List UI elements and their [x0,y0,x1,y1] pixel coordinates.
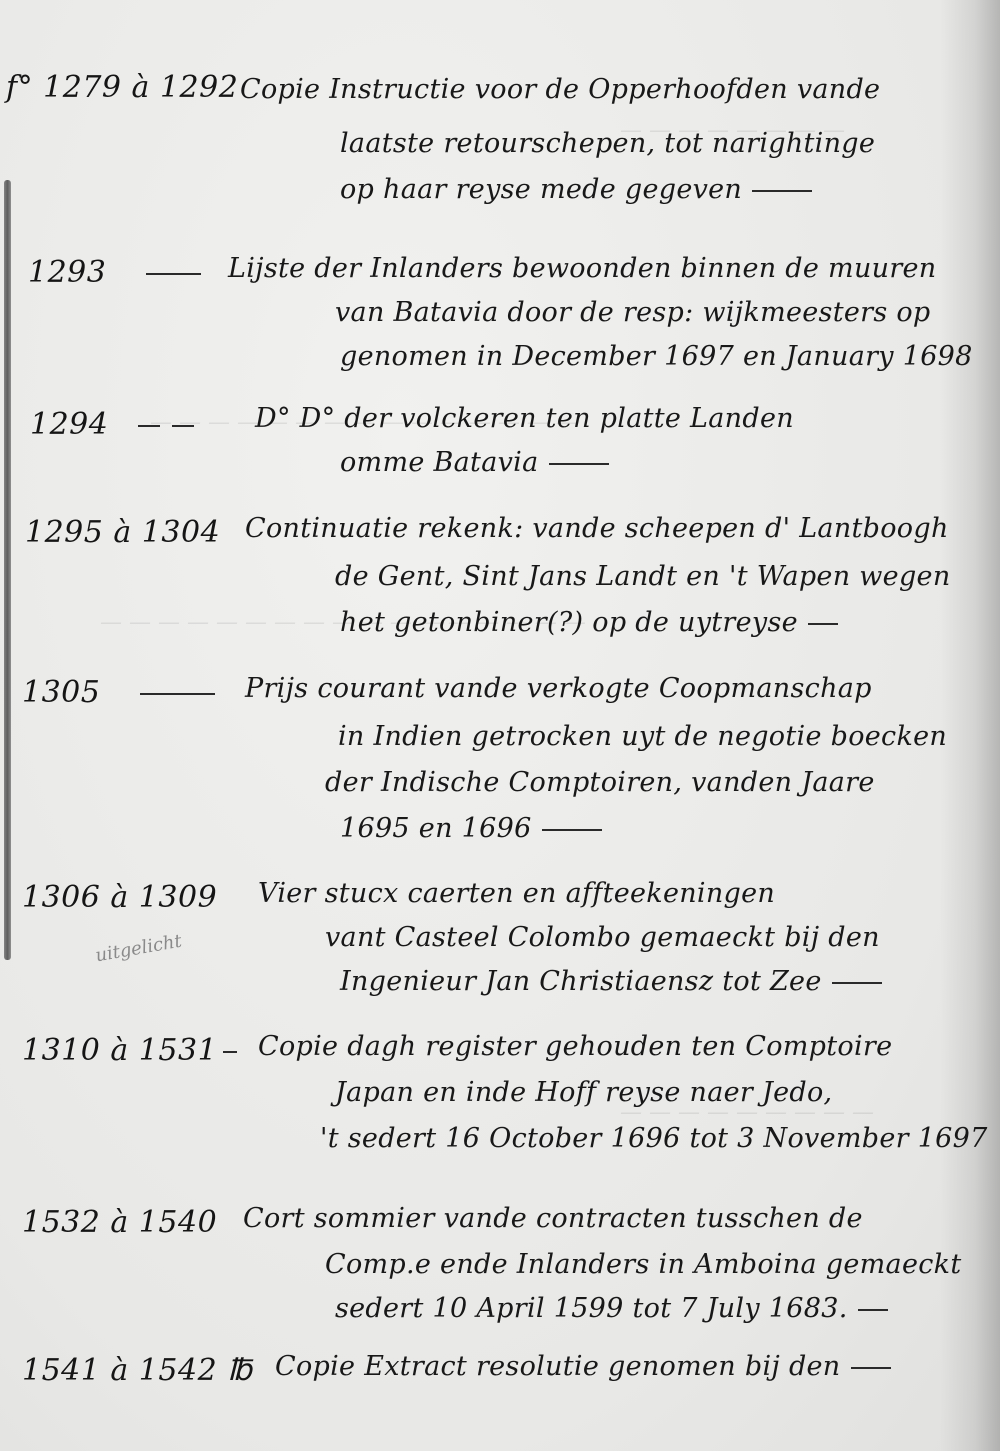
entry-line: Prijs courant vande verkogte Coopmanscha… [245,673,872,704]
entry-line: Vier stucx caerten en affteekeningen [258,878,775,909]
folio-reference: 1295 à 1304 [25,515,220,550]
entry-line: laatste retourschepen, tot narightinge [340,128,875,159]
entry-line: Copie Extract resolutie genomen bij den [275,1351,891,1382]
entry-line: Comp.e ende Inlanders in Amboina gemaeck… [325,1249,961,1280]
folio-reference: 1541 à 1542 ℔ [22,1353,252,1388]
entry-line: Copie dagh register gehouden ten Comptoi… [258,1031,892,1062]
folio-reference: 1293 [28,255,207,290]
folio-reference: 1310 à 1531 [22,1033,243,1068]
entry-line: ommе Batavia [340,447,609,478]
entry-line: Continuatie rekenk: vande scheepen d' La… [245,513,949,544]
entry-line: genomen in December 1697 en January 1698 [340,341,973,372]
entry-line: sedert 10 April 1599 tot 7 July 1683. [335,1293,888,1324]
entry-line: het getonbiner(?) op de uytreyse [340,607,838,638]
entry-line: op haar reyse mede gegeven [340,174,812,205]
entry-line: Ingenieur Jan Christiaensz tot Zee [340,966,882,997]
entry-line: Cort sommier vande contracten tusschen d… [243,1203,863,1234]
entry-line: Copie Instructie voor de Opperhoofden va… [240,74,880,105]
folio-reference: f° 1279 à 1292 [6,70,238,105]
entry-line: D° D° der volckeren ten platte Landen [255,403,794,434]
entry-line: vant Casteel Colombo gemaeckt bij den [325,922,880,953]
entry-line: in Indien getrocken uyt de negotie boeck… [338,721,947,752]
folio-reference: 1306 à 1309 [22,880,217,915]
folio-reference: 1294 [30,407,200,442]
binding-edge [4,180,11,960]
entry-line: der Indische Comptoiren, vanden Jaare [325,767,875,798]
entry-line: Lijste der Inlanders bewoonden binnen de… [228,253,937,284]
entry-line: Japan en inde Hoff reyse naer Jedo, [335,1077,832,1108]
entry-line: 1695 en 1696 [340,813,602,844]
manuscript-page: — — — — — — — — — — — — — — — — — — — — … [0,0,1000,1451]
pencil-margin-note: uitgelicht [94,931,184,967]
entry-line: de Gent, Sint Jans Landt en 't Wapen weg… [335,561,951,592]
folio-reference: 1532 à 1540 [22,1205,217,1240]
folio-reference: 1305 [22,675,221,710]
entry-line: 't sedert 16 October 1696 tot 3 November… [320,1123,988,1154]
entry-line: van Batavia door de resp: wijkmeesters o… [335,297,931,328]
